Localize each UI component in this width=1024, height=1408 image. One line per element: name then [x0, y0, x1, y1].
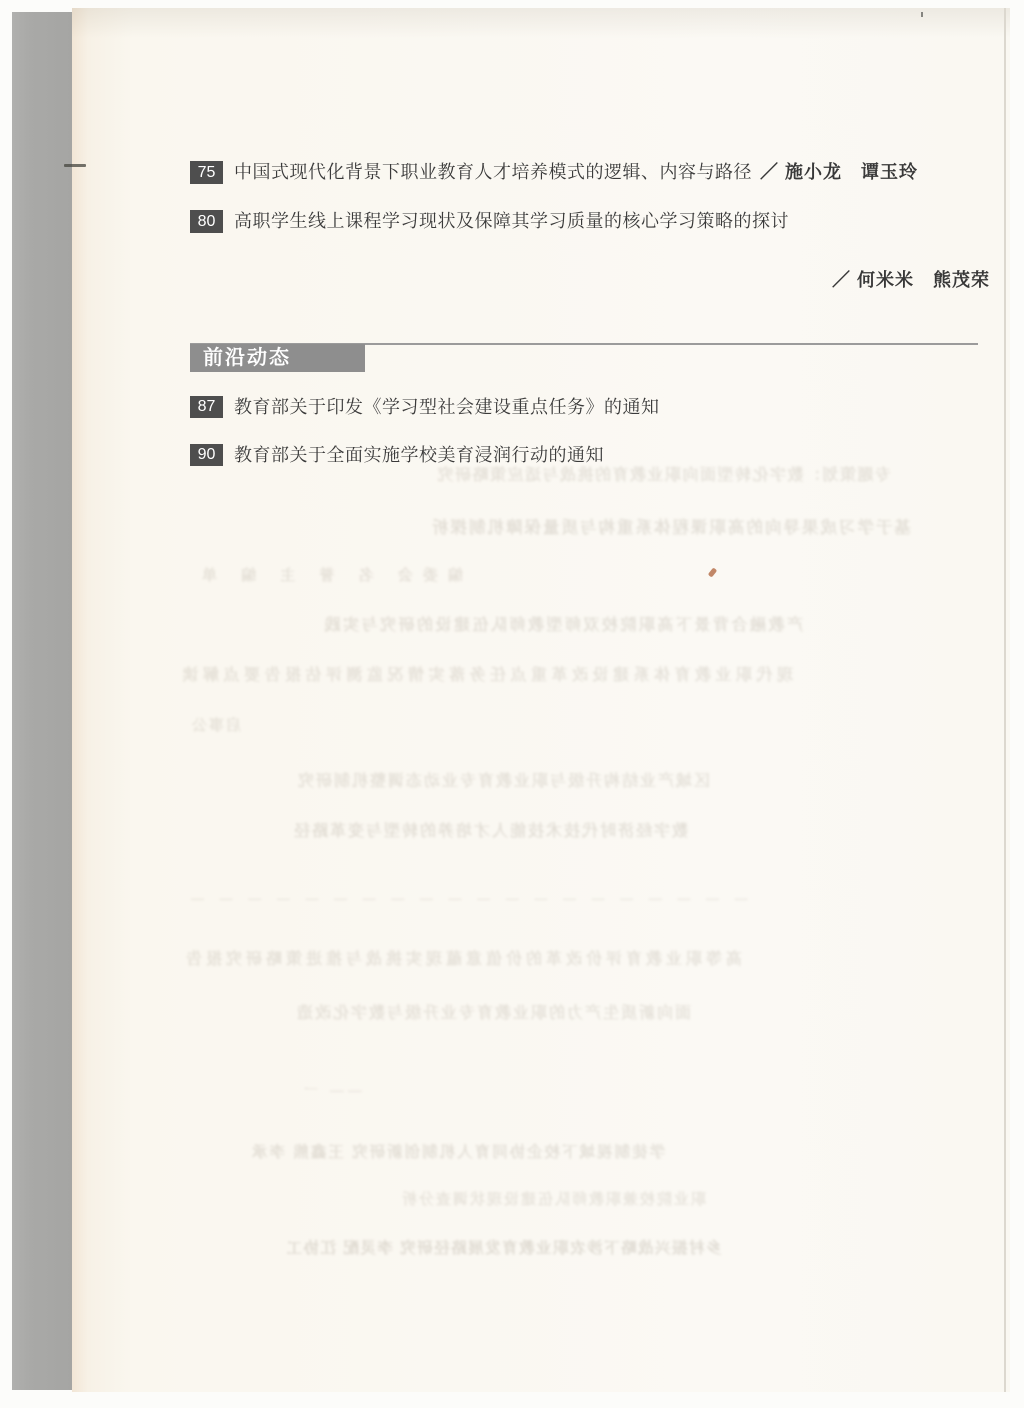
toc-entry-75: 75中国式现代化背景下职业教育人才培养模式的逻辑、内容与路径／ 施小龙 谭玉玲 — [190, 161, 918, 184]
toc-entry-title: 教育部关于全面实施学校美育浸润行动的通知 — [234, 444, 604, 467]
toc-entry-90: 90教育部关于全面实施学校美育浸润行动的通知 — [190, 444, 604, 467]
page-right-edge — [1004, 8, 1006, 1404]
bleedthrough-text: 现代职业教育体系建设改革重点任务落实情况监测评估报告要点解读 — [178, 662, 793, 685]
title-text: 高职学生线上课程学习现状及保障其学习质量的核心学习策略的探讨 — [234, 211, 789, 231]
toc-entry-title: 中国式现代化背景下职业教育人才培养模式的逻辑、内容与路径／ 施小龙 谭玉玲 — [234, 161, 918, 184]
bleedthrough-text: 数字经济时代技术技能人才培养的转型与变革路径 — [292, 818, 688, 841]
bleedthrough-text: 面向新质生产力的职业教育专业升级与数字化改造 — [295, 1000, 691, 1023]
page-number-badge: 80 — [190, 210, 223, 233]
section-header: 前沿动态 — [190, 344, 365, 372]
bleedthrough-text: 高等职业教育评价改革的价值意蕴现实挑战与推进策略研究报告 — [182, 946, 742, 969]
scan-dust — [921, 12, 923, 17]
toc-entry-title: 高职学生线上课程学习现状及保障其学习质量的核心学习策略的探讨 — [234, 210, 789, 233]
bleedthrough-text: —— 一 — [300, 1080, 362, 1100]
scanner-gutter-strip — [12, 12, 72, 1390]
title-text: 中国式现代化背景下职业教育人才培养模式的逻辑、内容与路径 — [234, 162, 752, 182]
scanner-bottom-band — [0, 1392, 1024, 1408]
authors-byline: ／ 施小龙 谭玉玲 — [760, 162, 918, 182]
bleedthrough-text: 学徒制视域下校企协同育人机制创新研究 王鑫熊 李承 — [250, 1140, 665, 1162]
toc-entry-87: 87教育部关于印发《学习型社会建设重点任务》的通知 — [190, 396, 660, 419]
bleedthrough-text: 产教融合背景下高职院校双师型教师队伍建设的研究与实践 — [322, 612, 803, 635]
toc-entry-80: 80高职学生线上课程学习现状及保障其学习质量的核心学习策略的探讨 — [190, 210, 789, 233]
title-text: 教育部关于印发《学习型社会建设重点任务》的通知 — [234, 397, 660, 417]
authors-line-entry-80: ／ 何米米 熊茂荣 — [832, 266, 990, 292]
bleedthrough-text: 乡村振兴战略下涉农职业教育发展路径研究 李灵配 江协工 — [285, 1236, 722, 1258]
bleedthrough-text: 编委会 名 誉 主 编 单 — [192, 564, 463, 585]
bleedthrough-text: 区域产业结构升级与职业教育专业动态调整机制研究 — [296, 768, 710, 791]
toc-entry-title: 教育部关于印发《学习型社会建设重点任务》的通知 — [234, 396, 660, 419]
bleedthrough-text: 职业院校兼职教师队伍建设现状调查分析 — [400, 1188, 706, 1209]
page-number-badge: 87 — [190, 396, 223, 418]
page-edge-mark — [64, 164, 86, 167]
bleedthrough-text: 基于学习成果导向的高职课程体系重构与质量保障机制探析 — [430, 514, 911, 538]
scanned-page: 专题策划：数字化转型面向职业教育的挑战与适应策略研究基于学习成果导向的高职课程体… — [0, 0, 1024, 1408]
page-number-badge: 90 — [190, 444, 223, 466]
bleedthrough-text: — — — — — — — — — — — — — — — — — — — — — [185, 891, 748, 906]
page-number-badge: 75 — [190, 161, 223, 184]
title-text: 教育部关于全面实施学校美育浸润行动的通知 — [234, 445, 604, 465]
bleedthrough-text: 启事公 — [190, 714, 241, 735]
